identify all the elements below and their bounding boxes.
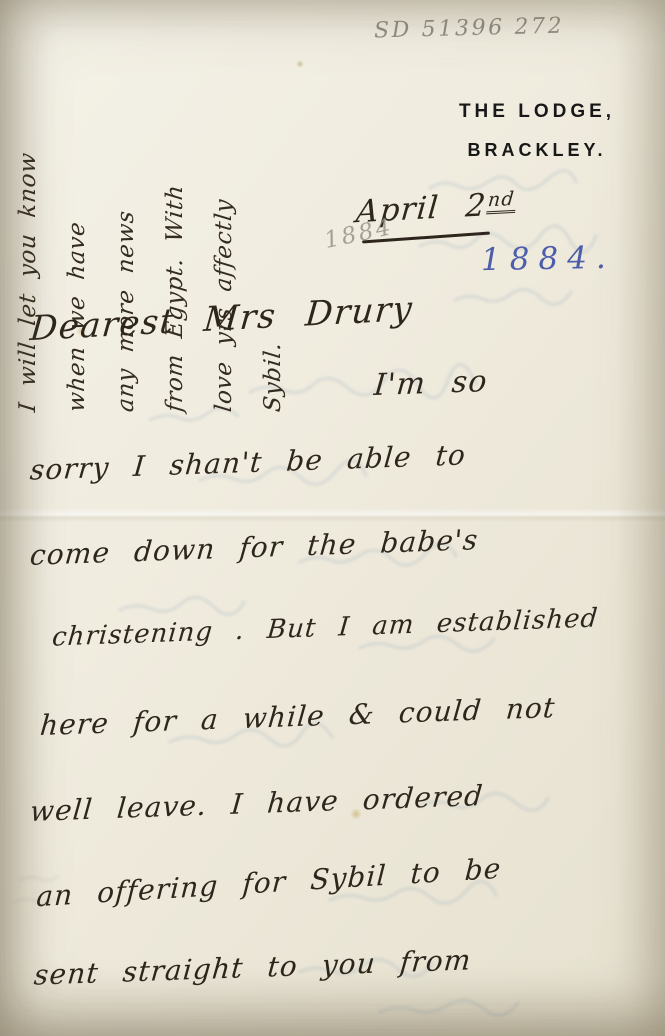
body-line: I'm so — [372, 364, 489, 403]
letterhead: THE LODGE, BRACKLEY. — [428, 101, 646, 161]
year-pencil-annotation: 1884 — [322, 214, 395, 254]
closing-line: any more news — [102, 25, 151, 414]
closing-line: when we have — [53, 25, 102, 414]
closing-line: Sybil. — [249, 25, 298, 414]
closing-line: I will let you know — [4, 25, 53, 414]
body-line: here for a while & could not — [39, 691, 557, 742]
closing-line: from Egypt. With — [151, 25, 200, 414]
cross-written-closing: I will let you know when we have any mor… — [4, 28, 298, 412]
letter-page: SD 51396 272 THE LODGE, BRACKLEY. April … — [0, 0, 665, 1036]
date-ordinal-suffix: nd — [486, 188, 517, 215]
body-line: sorry I shan't be able to — [29, 438, 468, 486]
body-line: come down for the babe's — [29, 523, 480, 572]
closing-line: love yrs affectly — [200, 25, 249, 414]
fold-crease — [0, 508, 665, 522]
letterhead-line2: BRACKLEY. — [428, 140, 646, 161]
body-line: well leave. I have ordered — [29, 779, 485, 828]
body-line: an offering for Sybil to be — [35, 852, 502, 914]
archival-reference-pencil: SD 51396 272 — [374, 14, 565, 44]
body-line: sent straight to you from — [33, 943, 473, 991]
year-blue-ink-annotation: 1884. — [481, 240, 615, 278]
letterhead-line1: THE LODGE, — [428, 101, 646, 123]
body-line: christening . But I am established — [51, 603, 600, 652]
